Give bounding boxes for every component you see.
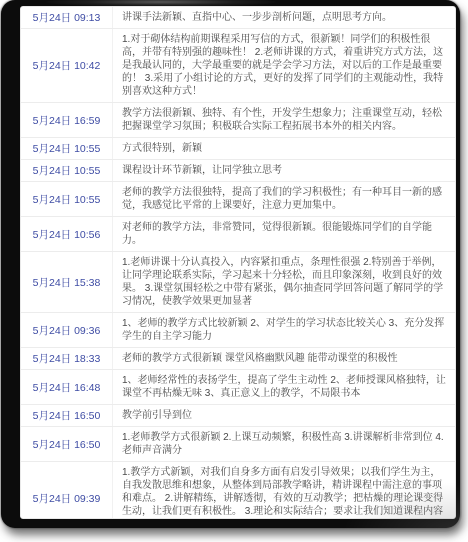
feedback-row: 5月24日 15:38 1.老师讲课十分认真投入，内容紧扣重点，条理性很强 2.…	[21, 252, 455, 313]
feedback-date: 5月24日 16:50	[21, 405, 113, 426]
feedback-text: 1.老师讲课十分认真投入，内容紧扣重点，条理性很强 2.特别善于举例，让同学理论…	[113, 252, 455, 312]
feedback-text: 1.老师教学方式很新颖 2.上课互动频繁，积极性高 3.讲课解析非常到位 4.老…	[113, 427, 455, 461]
feedback-row: 5月24日 10:55 老师的教学方法很独特，提高了我们的学习积极性；有一种耳目…	[21, 182, 455, 217]
feedback-date: 5月24日 10:55	[21, 160, 113, 181]
feedback-text: 1.对于砌体结构前期课程采用写信的方式，很新颖！同学们的积极性很高，并带有特别强…	[113, 29, 455, 102]
feedback-row: 5月24日 16:50 教学前引导到位	[21, 405, 455, 427]
feedback-row: 5月24日 09:39 1.教学方式新颖，对我们自身多方面有启发引导效果；以我们…	[21, 462, 455, 519]
feedback-row: 5月24日 16:50 1.老师教学方式很新颖 2.上课互动频繁，积极性高 3.…	[21, 427, 455, 462]
feedback-date: 5月24日 09:13	[21, 7, 113, 28]
feedback-text: 1.教学方式新颖，对我们自身多方面有启发引导效果；以我们学生为主，自我发散思维和…	[113, 462, 455, 519]
feedback-date: 5月24日 10:56	[21, 217, 113, 251]
feedback-text: 对老师的教学方法，非常赞同，觉得很新颖。很能锻炼同学们的自学能力。	[113, 217, 455, 251]
feedback-date: 5月24日 09:36	[21, 313, 113, 347]
feedback-text: 1、老师经常性的表扬学生，提高了学生主动性 2、老师授课风格独特，让课堂不再枯燥…	[113, 370, 455, 404]
feedback-text: 教学方法很新颖、独特、有个性，开发学生想象力；注重课堂互动，轻松把握课堂学习氛围…	[113, 103, 455, 137]
feedback-text: 讲课手法新颖、直指中心、一步步剖析问题，点明思考方向。	[113, 7, 455, 28]
feedback-text: 老师的教学方法很独特，提高了我们的学习积极性；有一种耳目一新的感觉，我感觉比平常…	[113, 182, 455, 216]
feedback-text: 教学前引导到位	[113, 405, 455, 426]
feedback-row: 5月24日 18:33 老师的教学方式很新颖 课堂风格幽默风趣 能带动课堂的积极…	[21, 348, 455, 370]
feedback-row: 5月24日 10:55 方式很特别，新颖	[21, 138, 455, 160]
feedback-date: 5月24日 18:33	[21, 348, 113, 369]
feedback-date: 5月24日 10:55	[21, 182, 113, 216]
feedback-row: 5月24日 16:59 教学方法很新颖、独特、有个性，开发学生想象力；注重课堂互…	[21, 103, 455, 138]
feedback-date: 5月24日 15:38	[21, 252, 113, 312]
feedback-text: 老师的教学方式很新颖 课堂风格幽默风趣 能带动课堂的积极性	[113, 348, 455, 369]
feedback-date: 5月24日 10:55	[21, 138, 113, 159]
feedback-text: 方式很特别，新颖	[113, 138, 455, 159]
feedback-row: 5月24日 16:48 1、老师经常性的表扬学生，提高了学生主动性 2、老师授课…	[21, 370, 455, 405]
feedback-table: 5月24日 09:13 讲课手法新颖、直指中心、一步步剖析问题，点明思考方向。 …	[20, 6, 456, 519]
feedback-row: 5月24日 10:42 1.对于砌体结构前期课程采用写信的方式，很新颖！同学们的…	[21, 29, 455, 103]
feedback-row: 5月24日 10:56 对老师的教学方法，非常赞同，觉得很新颖。很能锻炼同学们的…	[21, 217, 455, 252]
feedback-row: 5月24日 10:55 课程设计环节新颖，让同学独立思考	[21, 160, 455, 182]
feedback-row: 5月24日 09:36 1、老师的教学方式比较新颖 2、对学生的学习状态比较关心…	[21, 313, 455, 348]
feedback-date: 5月24日 16:48	[21, 370, 113, 404]
feedback-date: 5月24日 16:50	[21, 427, 113, 461]
feedback-text: 1、老师的教学方式比较新颖 2、对学生的学习状态比较关心 3、充分发挥学生的自主…	[113, 313, 455, 347]
feedback-row: 5月24日 09:13 讲课手法新颖、直指中心、一步步剖析问题，点明思考方向。	[21, 7, 455, 29]
feedback-date: 5月24日 10:42	[21, 29, 113, 102]
screenshot-frame: 5月24日 09:13 讲课手法新颖、直指中心、一步步剖析问题，点明思考方向。 …	[1, 0, 460, 528]
feedback-text: 课程设计环节新颖，让同学独立思考	[113, 160, 455, 181]
feedback-date: 5月24日 09:39	[21, 462, 113, 519]
feedback-date: 5月24日 16:59	[21, 103, 113, 137]
